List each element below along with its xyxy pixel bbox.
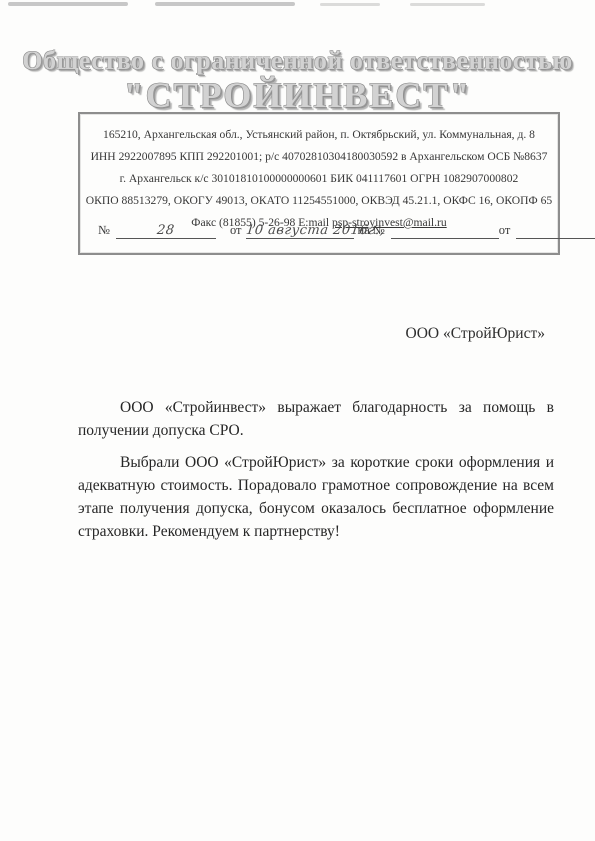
- from-date-label: от: [230, 223, 242, 238]
- requisites-box: 165210, Архангельская обл., Устьянский р…: [78, 112, 560, 255]
- scan-artifact: [8, 2, 128, 6]
- second-from-label: от: [499, 223, 511, 238]
- body-paragraph-recommendation: Выбрали ООО «СтройЮрист» за короткие сро…: [78, 451, 554, 544]
- body-paragraph-gratitude: ООО «Стройинвест» выражает благодарность…: [78, 396, 554, 443]
- scanned-letter-page: Общество с ограниченной ответственностью…: [0, 0, 595, 841]
- reference-line: №28от10 августа 2016г.,на №от: [98, 223, 544, 239]
- scan-artifact: [155, 2, 295, 6]
- bank-bik-ogrn-line: г. Архангельск к/с 30101810100000000601 …: [80, 168, 558, 190]
- statistics-codes-line: ОКПО 88513279, ОКОГУ 49013, ОКАТО 112545…: [80, 190, 558, 212]
- incoming-date-blank: [516, 223, 595, 239]
- outgoing-date-blank: 10 августа 2016г.,: [246, 223, 354, 239]
- scan-artifact: [410, 3, 485, 6]
- scan-artifact: [320, 3, 380, 6]
- outgoing-number-blank: 28: [116, 223, 216, 239]
- incoming-number-blank: [391, 223, 499, 239]
- postal-address-line: 165210, Архангельская обл., Устьянский р…: [80, 124, 558, 146]
- recipient-name: ООО «СтройЮрист»: [406, 325, 545, 343]
- number-label: №: [98, 223, 110, 238]
- inn-kpp-account-line: ИНН 2922007895 КПП 292201001; р/с 407028…: [80, 146, 558, 168]
- organization-name-title: "СТРОЙИНВЕСТ": [0, 74, 595, 116]
- organization-type-title: Общество с ограниченной ответственностью: [0, 46, 595, 76]
- letter-body: ООО «Стройинвест» выражает благодарность…: [78, 396, 554, 544]
- outgoing-date-handwritten: 10 августа 2016г.,: [245, 223, 385, 238]
- outgoing-number-handwritten: 28: [156, 223, 175, 238]
